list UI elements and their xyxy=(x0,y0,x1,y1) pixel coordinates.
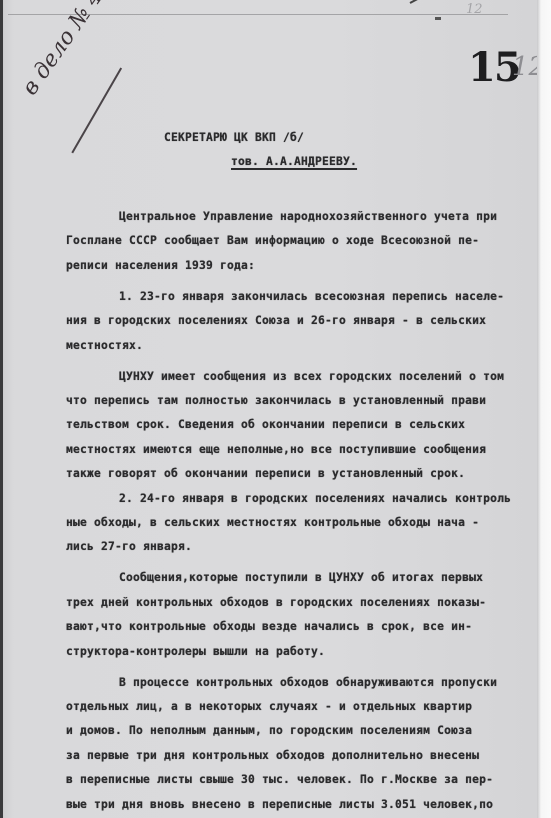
handwritten-filing-note: в дело № 4 xyxy=(18,0,109,100)
document-text-line: за первые три дня контрольных обходов до… xyxy=(66,749,479,762)
document-text-line: ЦУНХУ имеет сообщения из всех городских … xyxy=(119,370,504,383)
document-text-line: 1. 23-го января закончилась всесоюзная п… xyxy=(119,290,504,303)
document-text-line: В процессе контрольных обходов обнаружив… xyxy=(119,676,497,689)
document-text-line: реписи населения 1939 года: xyxy=(66,259,255,272)
document-text-line: отдельных лиц, а в некоторых случаях - и… xyxy=(66,700,472,713)
document-text-line: местностях. xyxy=(66,339,143,352)
addressee-title: СЕКРЕТАРЮ ЦК ВКП /б/ xyxy=(164,131,304,144)
addressee-name: тов. А.А.АНДРЕЕВУ. xyxy=(231,155,357,168)
document-text-line: также говорят об окончании переписи в ус… xyxy=(66,467,465,480)
document-text-line: Центральное Управление народнохозяйствен… xyxy=(119,210,497,223)
scanned-document-page: в дело № 4 12 15 12 СЕКРЕТАРЮ ЦК ВКП /б/… xyxy=(0,0,541,818)
pen-stroke-mark xyxy=(410,0,436,4)
document-text-line: ные обходы, в сельских местностях контро… xyxy=(66,516,479,529)
document-text-line: трех дней контрольных обходов в городски… xyxy=(66,596,486,609)
document-text-line: местностях имеются еще неполные,но все п… xyxy=(66,443,486,456)
document-text-line: что перепись там полностью закончилась в… xyxy=(66,394,486,407)
scan-margin-edge xyxy=(537,0,551,818)
document-text-line: лись 27-го января. xyxy=(66,540,192,553)
folio-old-number-top: 12 xyxy=(466,2,483,17)
document-text-line: 2. 24-го января в городских поселениях н… xyxy=(119,492,511,505)
document-text-line: вают,что контрольные обходы везде начали… xyxy=(66,620,472,633)
document-text-line: Госплане СССР сообщает Вам информацию о … xyxy=(66,234,479,247)
document-text-line: в переписные листы свыше 30 тыс. человек… xyxy=(66,773,493,786)
document-text-line: Сообщения,которые поступили в ЦУНХУ об и… xyxy=(119,571,483,584)
document-text-line: тельством срок. Сведения об окончании пе… xyxy=(66,418,465,431)
document-text-line: ния в городских поселениях Союза и 26-го… xyxy=(66,314,486,327)
document-text-line: вые три дня вновь внесено в переписные л… xyxy=(66,798,493,811)
ink-mark xyxy=(435,17,441,20)
document-text-line: структора-контролеры вышли на работу. xyxy=(66,645,325,658)
document-text-line: и домов. По неполным данным, по городски… xyxy=(66,724,472,737)
handwritten-slash xyxy=(71,68,121,154)
